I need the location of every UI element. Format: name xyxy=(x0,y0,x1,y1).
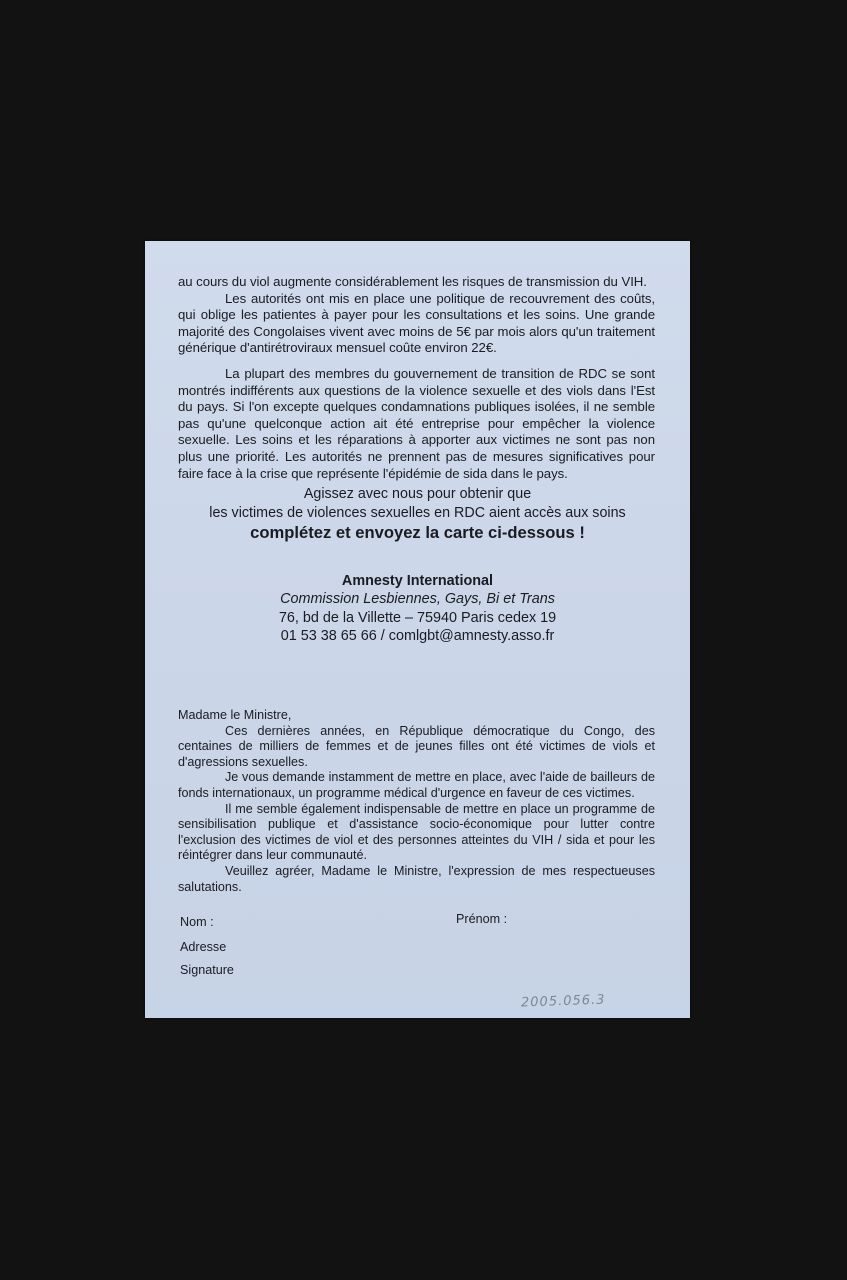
callout-line-3: complétez et envoyez la carte ci-dessous… xyxy=(145,522,690,544)
field-nom-label: Nom : xyxy=(180,915,214,929)
field-prenom-label: Prénom : xyxy=(456,912,507,926)
letter-paragraph: Ces dernières années, en République démo… xyxy=(178,724,655,771)
government-text: La plupart des membres du gouvernement d… xyxy=(178,366,655,482)
letter-paragraph: Veuillez agréer, Madame le Ministre, l'e… xyxy=(178,864,655,895)
field-adresse-label: Adresse xyxy=(180,940,226,954)
organization-contact: 01 53 38 65 66 / comlgbt@amnesty.asso.fr xyxy=(145,627,690,645)
document-card: au cours du viol augmente considérableme… xyxy=(145,241,690,1018)
letter-body: Madame le Ministre, Ces dernières années… xyxy=(178,708,655,895)
organization-address: 76, bd de la Villette – 75940 Paris cede… xyxy=(145,609,690,627)
callout-line-1: Agissez avec nous pour obtenir que xyxy=(145,485,690,504)
letter-salutation: Madame le Ministre, xyxy=(178,708,655,724)
paragraph-continuation: au cours du viol augmente considérableme… xyxy=(178,274,655,291)
handwritten-archive-number: 2005.056.3 xyxy=(521,993,606,1011)
letter-paragraph: Il me semble également indispensable de … xyxy=(178,802,655,864)
callout-line-2: les victimes de violences sexuelles en R… xyxy=(145,504,690,523)
paragraph-government: La plupart des membres du gouvernement d… xyxy=(178,366,655,482)
organization-name: Amnesty International xyxy=(145,572,690,590)
paragraph-cost-recovery: Les autorités ont mis en place une polit… xyxy=(178,291,655,357)
organization-commission: Commission Lesbiennes, Gays, Bi et Trans xyxy=(145,590,690,608)
field-signature-label: Signature xyxy=(180,963,234,977)
intro-text: au cours du viol augmente considérableme… xyxy=(178,274,655,357)
organization-block: Amnesty International Commission Lesbien… xyxy=(145,572,690,646)
call-to-action: Agissez avec nous pour obtenir que les v… xyxy=(145,485,690,544)
letter-paragraph: Je vous demande instamment de mettre en … xyxy=(178,770,655,801)
